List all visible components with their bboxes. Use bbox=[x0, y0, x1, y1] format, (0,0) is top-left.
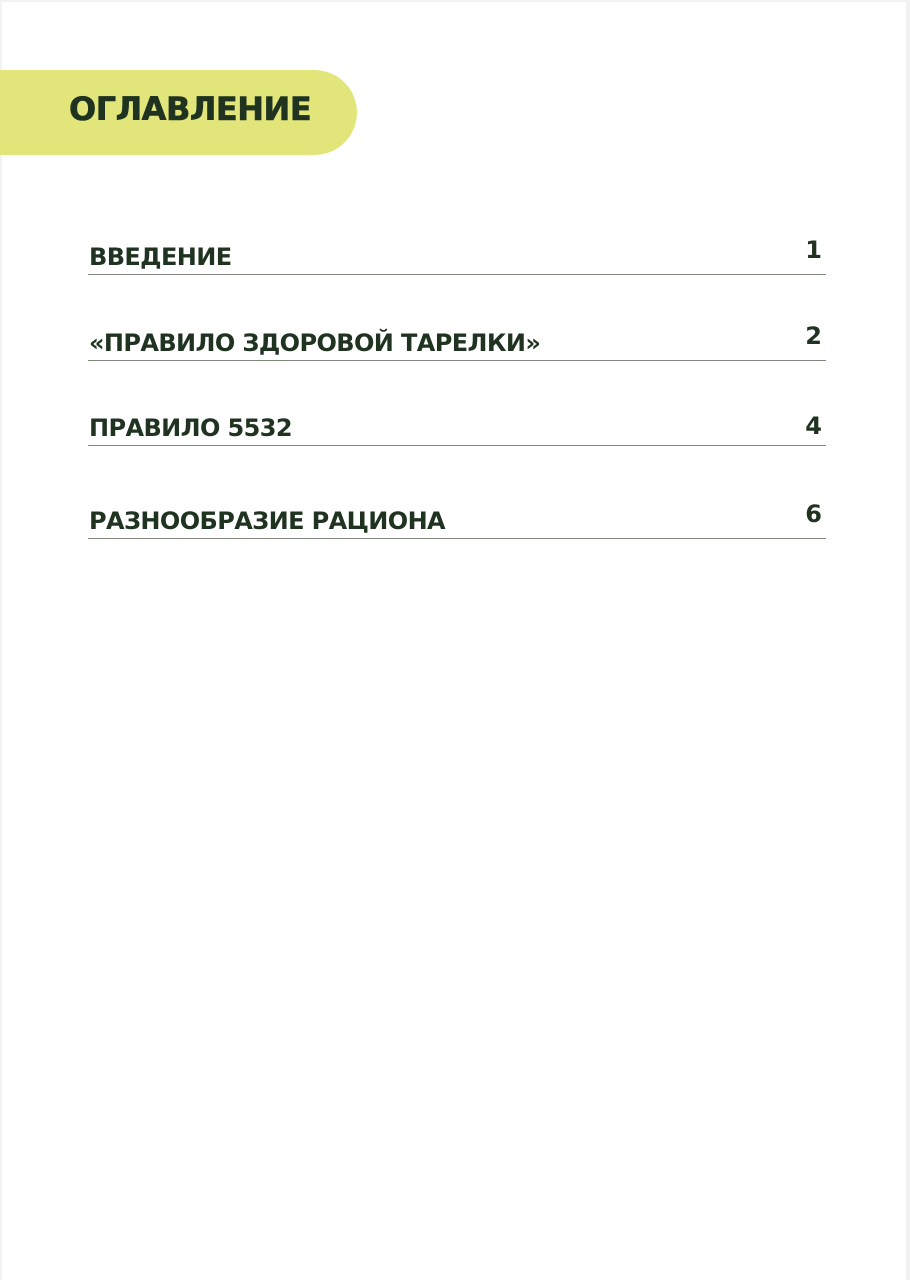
document-page: ОГЛАВЛЕНИЕ ВВЕДЕНИЕ 1 «ПРАВИЛО ЗДОРОВОЙ … bbox=[2, 2, 906, 1280]
toc-entry-page: 1 bbox=[805, 236, 822, 264]
toc-entry-label: РАЗНООБРАЗИЕ РАЦИОНА bbox=[89, 507, 445, 535]
toc-entry-healthy-plate[interactable]: «ПРАВИЛО ЗДОРОВОЙ ТАРЕЛКИ» 2 bbox=[88, 320, 826, 361]
toc-entry-rule-5532[interactable]: ПРАВИЛО 5532 4 bbox=[88, 404, 826, 446]
toc-entry-label: «ПРАВИЛО ЗДОРОВОЙ ТАРЕЛКИ» bbox=[89, 329, 540, 357]
page-title: ОГЛАВЛЕНИЕ bbox=[69, 90, 311, 128]
toc-entry-page: 2 bbox=[805, 322, 822, 350]
toc-entry-diet-variety[interactable]: РАЗНООБРАЗИЕ РАЦИОНА 6 bbox=[88, 496, 826, 539]
toc-entry-label: ПРАВИЛО 5532 bbox=[89, 414, 292, 442]
toc-entry-page: 6 bbox=[805, 500, 822, 528]
toc-entry-page: 4 bbox=[805, 412, 822, 440]
toc-entry-introduction[interactable]: ВВЕДЕНИЕ 1 bbox=[88, 234, 826, 275]
toc-entry-label: ВВЕДЕНИЕ bbox=[89, 243, 232, 271]
